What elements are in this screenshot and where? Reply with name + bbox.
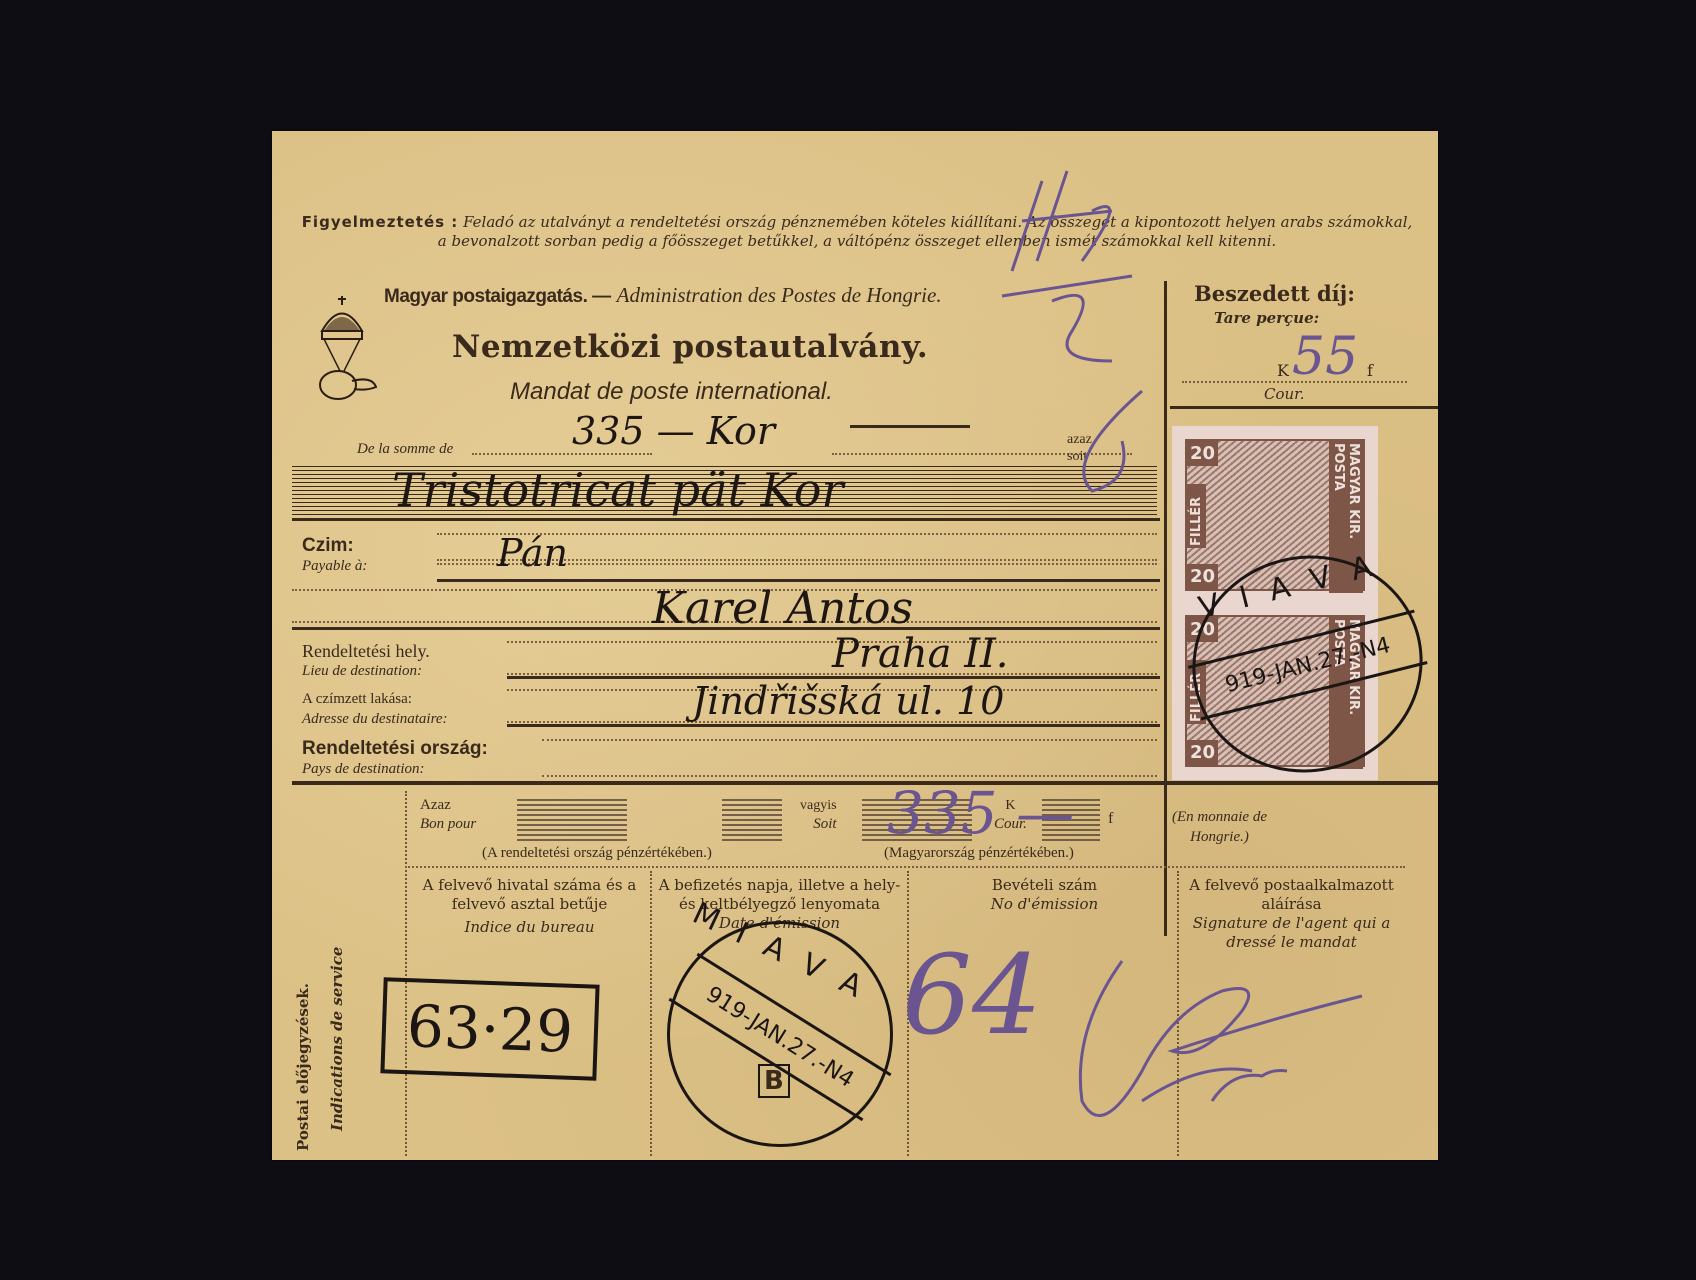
administration-hungarian: Magyar postaigazgatás. —	[384, 286, 611, 307]
bon-label: Azaz Bon pour	[420, 796, 476, 834]
fee-handwritten-value: 55	[1292, 327, 1358, 387]
amount-label: De la somme de	[357, 439, 453, 459]
service-col-signature-hu: A felvevő postaalkalmazott aláírása	[1184, 876, 1399, 914]
form-title: Nemzetközi postautalvány.	[452, 329, 928, 365]
destination-label-hu: Rendeltetési hely.	[302, 641, 430, 661]
service-col-signature-fr: Signature de l'agent qui a dressé le man…	[1184, 914, 1399, 952]
payee-line1-value: Pán	[497, 531, 568, 575]
upper-section-rule	[292, 781, 1438, 785]
fee-k-label: K	[1277, 361, 1289, 380]
amount-handwritten-words: Tristotricat pät Kor	[392, 463, 843, 517]
fee-subtitle: Tare perçue:	[1214, 309, 1319, 327]
amount-dash	[850, 425, 970, 428]
vagyis-label: vagyis	[800, 796, 837, 815]
fee-cour-label: Cour.	[1264, 385, 1304, 403]
bon-note-hungary: (Magyarország pénzértékében.)	[884, 843, 1074, 863]
field-destination-label: Rendeltetési hely. Lieu de destination:	[302, 641, 430, 681]
service-col-office-fr: Indice du bureau	[412, 918, 647, 937]
fee-bottom-rule	[1170, 406, 1438, 409]
address-value: Jindřišská ul. 10	[692, 679, 1004, 723]
bon-pour: Bon pour	[420, 815, 476, 834]
emission-handwritten-number: 64	[902, 931, 1042, 1059]
destination-value: Praha II.	[832, 631, 1009, 677]
address-label-fr: Adresse du destinataire:	[302, 709, 448, 729]
amount-dotted-line	[472, 453, 652, 455]
bon-hatch-2	[722, 799, 782, 841]
pencil-annotations	[982, 161, 1162, 501]
address-label-hu: A czímzett lakása:	[302, 689, 448, 709]
stamp-value: 20	[1187, 740, 1218, 765]
stamp-value: 20	[1187, 441, 1218, 466]
stamp-value: 20	[1187, 564, 1218, 589]
bon-soit-label: Soit	[800, 815, 837, 834]
country-label-fr: Pays de destination:	[302, 759, 488, 779]
bon-hatch-1	[517, 799, 627, 841]
registration-number-stamp: 63·29	[380, 977, 599, 1080]
bon-note-french: (En monnaie de Hongrie.)	[1152, 807, 1287, 847]
postmark-letter: B	[758, 1064, 790, 1098]
payee-rule	[437, 579, 1160, 582]
fee-title: Beszedett díj:	[1194, 281, 1355, 306]
bon-handwritten-value: 335 —	[887, 779, 1074, 847]
field-country-label: Rendeltetési ország: Pays de destination…	[302, 739, 488, 779]
field-payee-label: Czim: Payable à:	[302, 536, 367, 576]
service-side-label-fr: Indications de service	[328, 851, 346, 1131]
service-col-emission: Bevételi szám No d'émission	[917, 876, 1172, 914]
address-rule	[507, 724, 1160, 727]
service-col-office-hu: A felvevő hivatal száma és a felvevő asz…	[412, 876, 647, 914]
field-address-label: A czímzett lakása: Adresse du destinatai…	[302, 689, 448, 729]
warning-text: Feladó az utalványt a rendeltetési orszá…	[438, 213, 1413, 250]
amount-handwritten-figures: 335 — Kor	[572, 409, 775, 453]
money-order-form: Figyelmeztetés : Feladó az utalványt a r…	[272, 131, 1438, 1160]
date-postmark: M I A V A 919-JAN.27.-N4 B	[667, 921, 893, 1147]
payee-label-hu: Czim:	[302, 535, 354, 556]
fee-f-label: f	[1367, 361, 1373, 380]
warning-label: Figyelmeztetés :	[302, 213, 459, 231]
payee-label-fr: Payable à:	[302, 556, 367, 576]
service-divider-1	[650, 871, 652, 1156]
stamp-unit: FILLÉR	[1187, 484, 1206, 548]
bon-note-destination: (A rendeltetési ország pénzértékében.)	[482, 843, 712, 863]
destination-label-fr: Lieu de destination:	[302, 661, 430, 681]
administration-line: Magyar postaigazgatás. — Administration …	[384, 283, 942, 308]
service-col-signature: A felvevő postaalkalmazott aláírása Sign…	[1184, 876, 1399, 952]
amount-bottom-rule	[292, 518, 1160, 521]
bon-f-label: f	[1108, 809, 1113, 829]
country-label-hu: Rendeltetési ország:	[302, 738, 488, 759]
service-side-label-hu: Postai előjegyzések.	[294, 871, 312, 1151]
service-col-emission-fr: No d'émission	[917, 895, 1172, 914]
service-col-office: A felvevő hivatal száma és a felvevő asz…	[412, 876, 647, 937]
administration-french: Administration des Postes de Hongrie.	[617, 283, 942, 307]
country-dotted-line	[542, 739, 1157, 777]
bon-azaz: Azaz	[420, 796, 476, 815]
crown-posthorn-icon	[302, 291, 382, 406]
bon-vagyis: vagyis Soit	[800, 796, 837, 834]
agent-signature	[1062, 951, 1422, 1151]
payee-bottom-rule	[292, 627, 1160, 630]
postmark-date: 919-JAN.27.-N4	[1188, 610, 1428, 721]
form-subtitle: Mandat de poste international.	[510, 378, 833, 406]
service-top-dotted-line	[405, 866, 1405, 868]
service-left-dotted-divider	[405, 791, 407, 1156]
warning-notice: Figyelmeztetés : Feladó az utalványt a r…	[297, 213, 1417, 251]
service-col-emission-hu: Bevételi szám	[917, 876, 1172, 895]
